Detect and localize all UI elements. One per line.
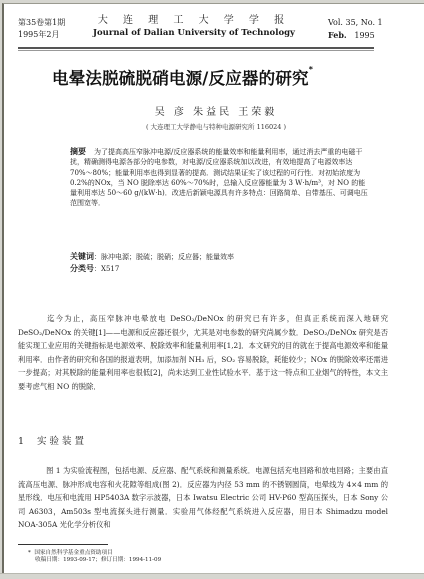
date-en: Feb. 1995: [328, 29, 383, 42]
journal-name-cn: 大 连 理 工 大 学 学 报: [4, 14, 384, 27]
footnote-dates: 收稿日期：1993-09-17；修订日期：1994-11-09: [28, 557, 161, 564]
classification: 分类号：X517: [70, 263, 234, 275]
header-rule: [18, 47, 374, 49]
classification-label: 分类号: [70, 264, 94, 273]
section-number: 1: [18, 436, 27, 447]
document-page: 第35卷第1期 1995年2月 大 连 理 工 大 学 学 报 Journal …: [2, 3, 424, 573]
footnote-funding: * 国家自然科学基金重点资助项目: [28, 550, 161, 557]
abstract: 摘要为了提高高压窄脉冲电源/反应器系统的能量效率和能量利用率，通过消去严重的电磁…: [70, 147, 370, 209]
journal-name-en: Journal of Dalian University of Technolo…: [4, 27, 384, 40]
section-title: 实验装置: [37, 436, 87, 447]
header-rule-thin: [18, 50, 374, 51]
footnote-rule: [18, 544, 108, 545]
volume-issue-en: Vol. 35, No. 1: [328, 17, 383, 29]
journal-header: 大 连 理 工 大 学 学 报 Journal of Dalian Univer…: [4, 14, 384, 40]
keywords-label: 关键词: [70, 252, 94, 261]
abstract-label: 摘要: [70, 147, 86, 156]
abstract-text: 为了提高高压窄脉冲电源/反应器系统的能量效率和能量利用率，通过消去严重的电磁干扰…: [70, 148, 368, 207]
paper-title: 电晕法脱硫脱硝电源/反应器的研究*: [52, 65, 313, 89]
authors: 吴 彦 朱益民 王荣毅: [4, 103, 424, 118]
affiliation: ( 大连理工大学静电与特种电源研究所 116024 ): [4, 122, 424, 131]
body-paragraph-intro: 迄今为止，高压窄脉冲电晕放电 DeSO₂/DeNOx 的研究已有许多，但真正系统…: [18, 312, 388, 393]
page-frame-bottom: [0, 573, 424, 579]
classification-text: ：X517: [94, 265, 119, 273]
footnote: * 国家自然科学基金重点资助项目 收稿日期：1993-09-17；修订日期：19…: [28, 550, 161, 564]
section-heading: 1实验装置: [18, 433, 87, 447]
title-footnote-mark: *: [309, 65, 313, 74]
keywords: 关键词：脉冲电源；脱硫；脱硝；反应器；能量效率: [70, 251, 234, 263]
body-paragraph-setup: 图 1 为实验流程图，包括电源、反应器、配气系统和测量系统．电源包括充电回路和放…: [18, 464, 388, 532]
keywords-block: 关键词：脉冲电源；脱硫；脱硝；反应器；能量效率 分类号：X517: [70, 251, 234, 275]
keywords-text: ：脉冲电源；脱硫；脱硝；反应器；能量效率: [94, 253, 234, 261]
issue-info-en: Vol. 35, No. 1 Feb. 1995: [328, 17, 383, 42]
